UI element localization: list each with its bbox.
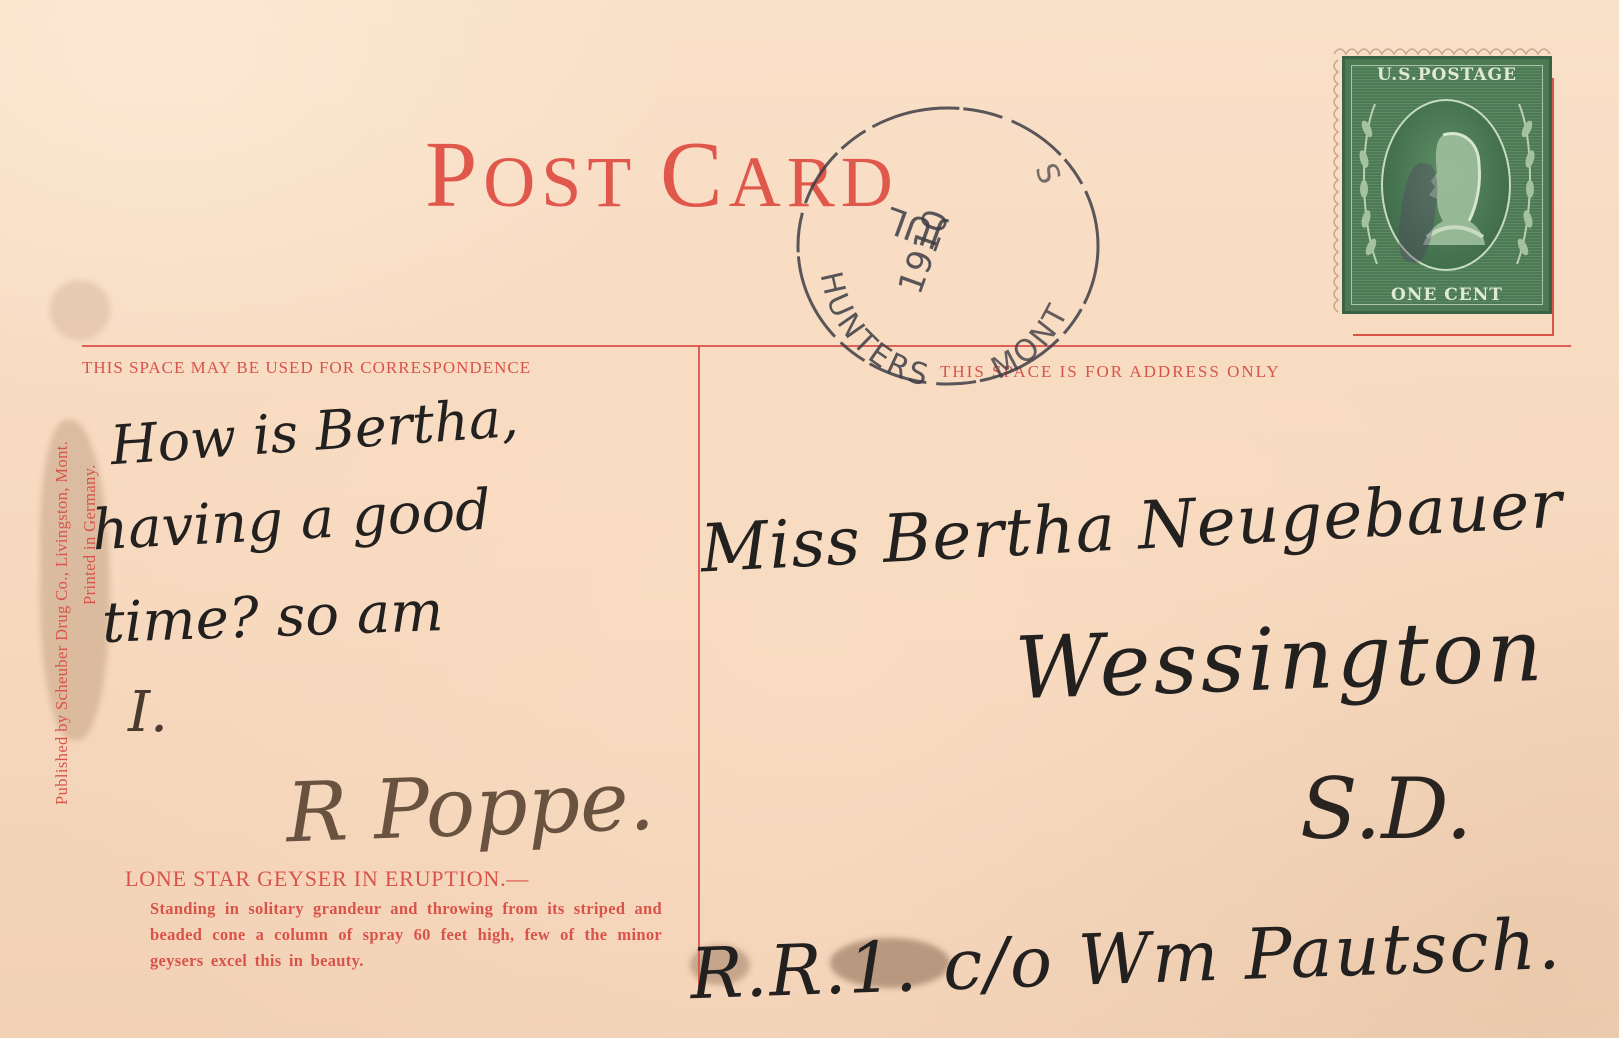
publisher-line: Published by Scheuber Drug Co., Livingst… <box>52 441 72 805</box>
message-line-3: time? so am <box>101 579 444 656</box>
address-line-1: Miss Bertha Neugebauer <box>699 465 1565 587</box>
stamp-face: U.S.POSTAGE ONE CENT <box>1342 56 1552 314</box>
caption-body: Standing in solitary grandeur and throwi… <box>150 896 662 974</box>
postage-stamp: U.S.POSTAGE ONE CENT <box>1330 40 1570 330</box>
stamp-border-bottom <box>1353 334 1553 336</box>
laurel-left-icon <box>1355 99 1385 269</box>
caption-title: LONE STAR GEYSER IN ERUPTION.— <box>125 866 529 892</box>
message-line-2: having a good <box>91 478 493 564</box>
stamp-bottom-text: ONE CENT <box>1345 285 1549 305</box>
cancel-mark <box>1394 161 1442 265</box>
address-line-3: S.D. <box>1300 760 1472 858</box>
correspondence-label: THIS SPACE MAY BE USED FOR CORRESPONDENC… <box>82 358 531 378</box>
stain-left-top <box>50 280 110 340</box>
postmark-icon: HUNTERS MONT JUL 1910 S <box>780 108 1120 398</box>
svg-text:MONT: MONT <box>986 297 1077 387</box>
laurel-right-icon <box>1509 99 1539 269</box>
address-line-2: Wessington <box>1013 601 1546 719</box>
address-line-4: R.R.1. c/o Wm Pautsch. <box>689 903 1563 1015</box>
signature: R Poppe. <box>284 754 656 862</box>
stamp-oval <box>1381 99 1511 271</box>
postcard-back: POST CARD THIS SPACE MAY BE USED FOR COR… <box>0 0 1619 1038</box>
vertical-divider <box>698 346 700 988</box>
message-line-1: How is Bertha, <box>108 386 520 477</box>
svg-text:S: S <box>1027 159 1066 189</box>
stamp-top-text: U.S.POSTAGE <box>1345 65 1549 85</box>
message-line-4: I. <box>128 680 168 745</box>
